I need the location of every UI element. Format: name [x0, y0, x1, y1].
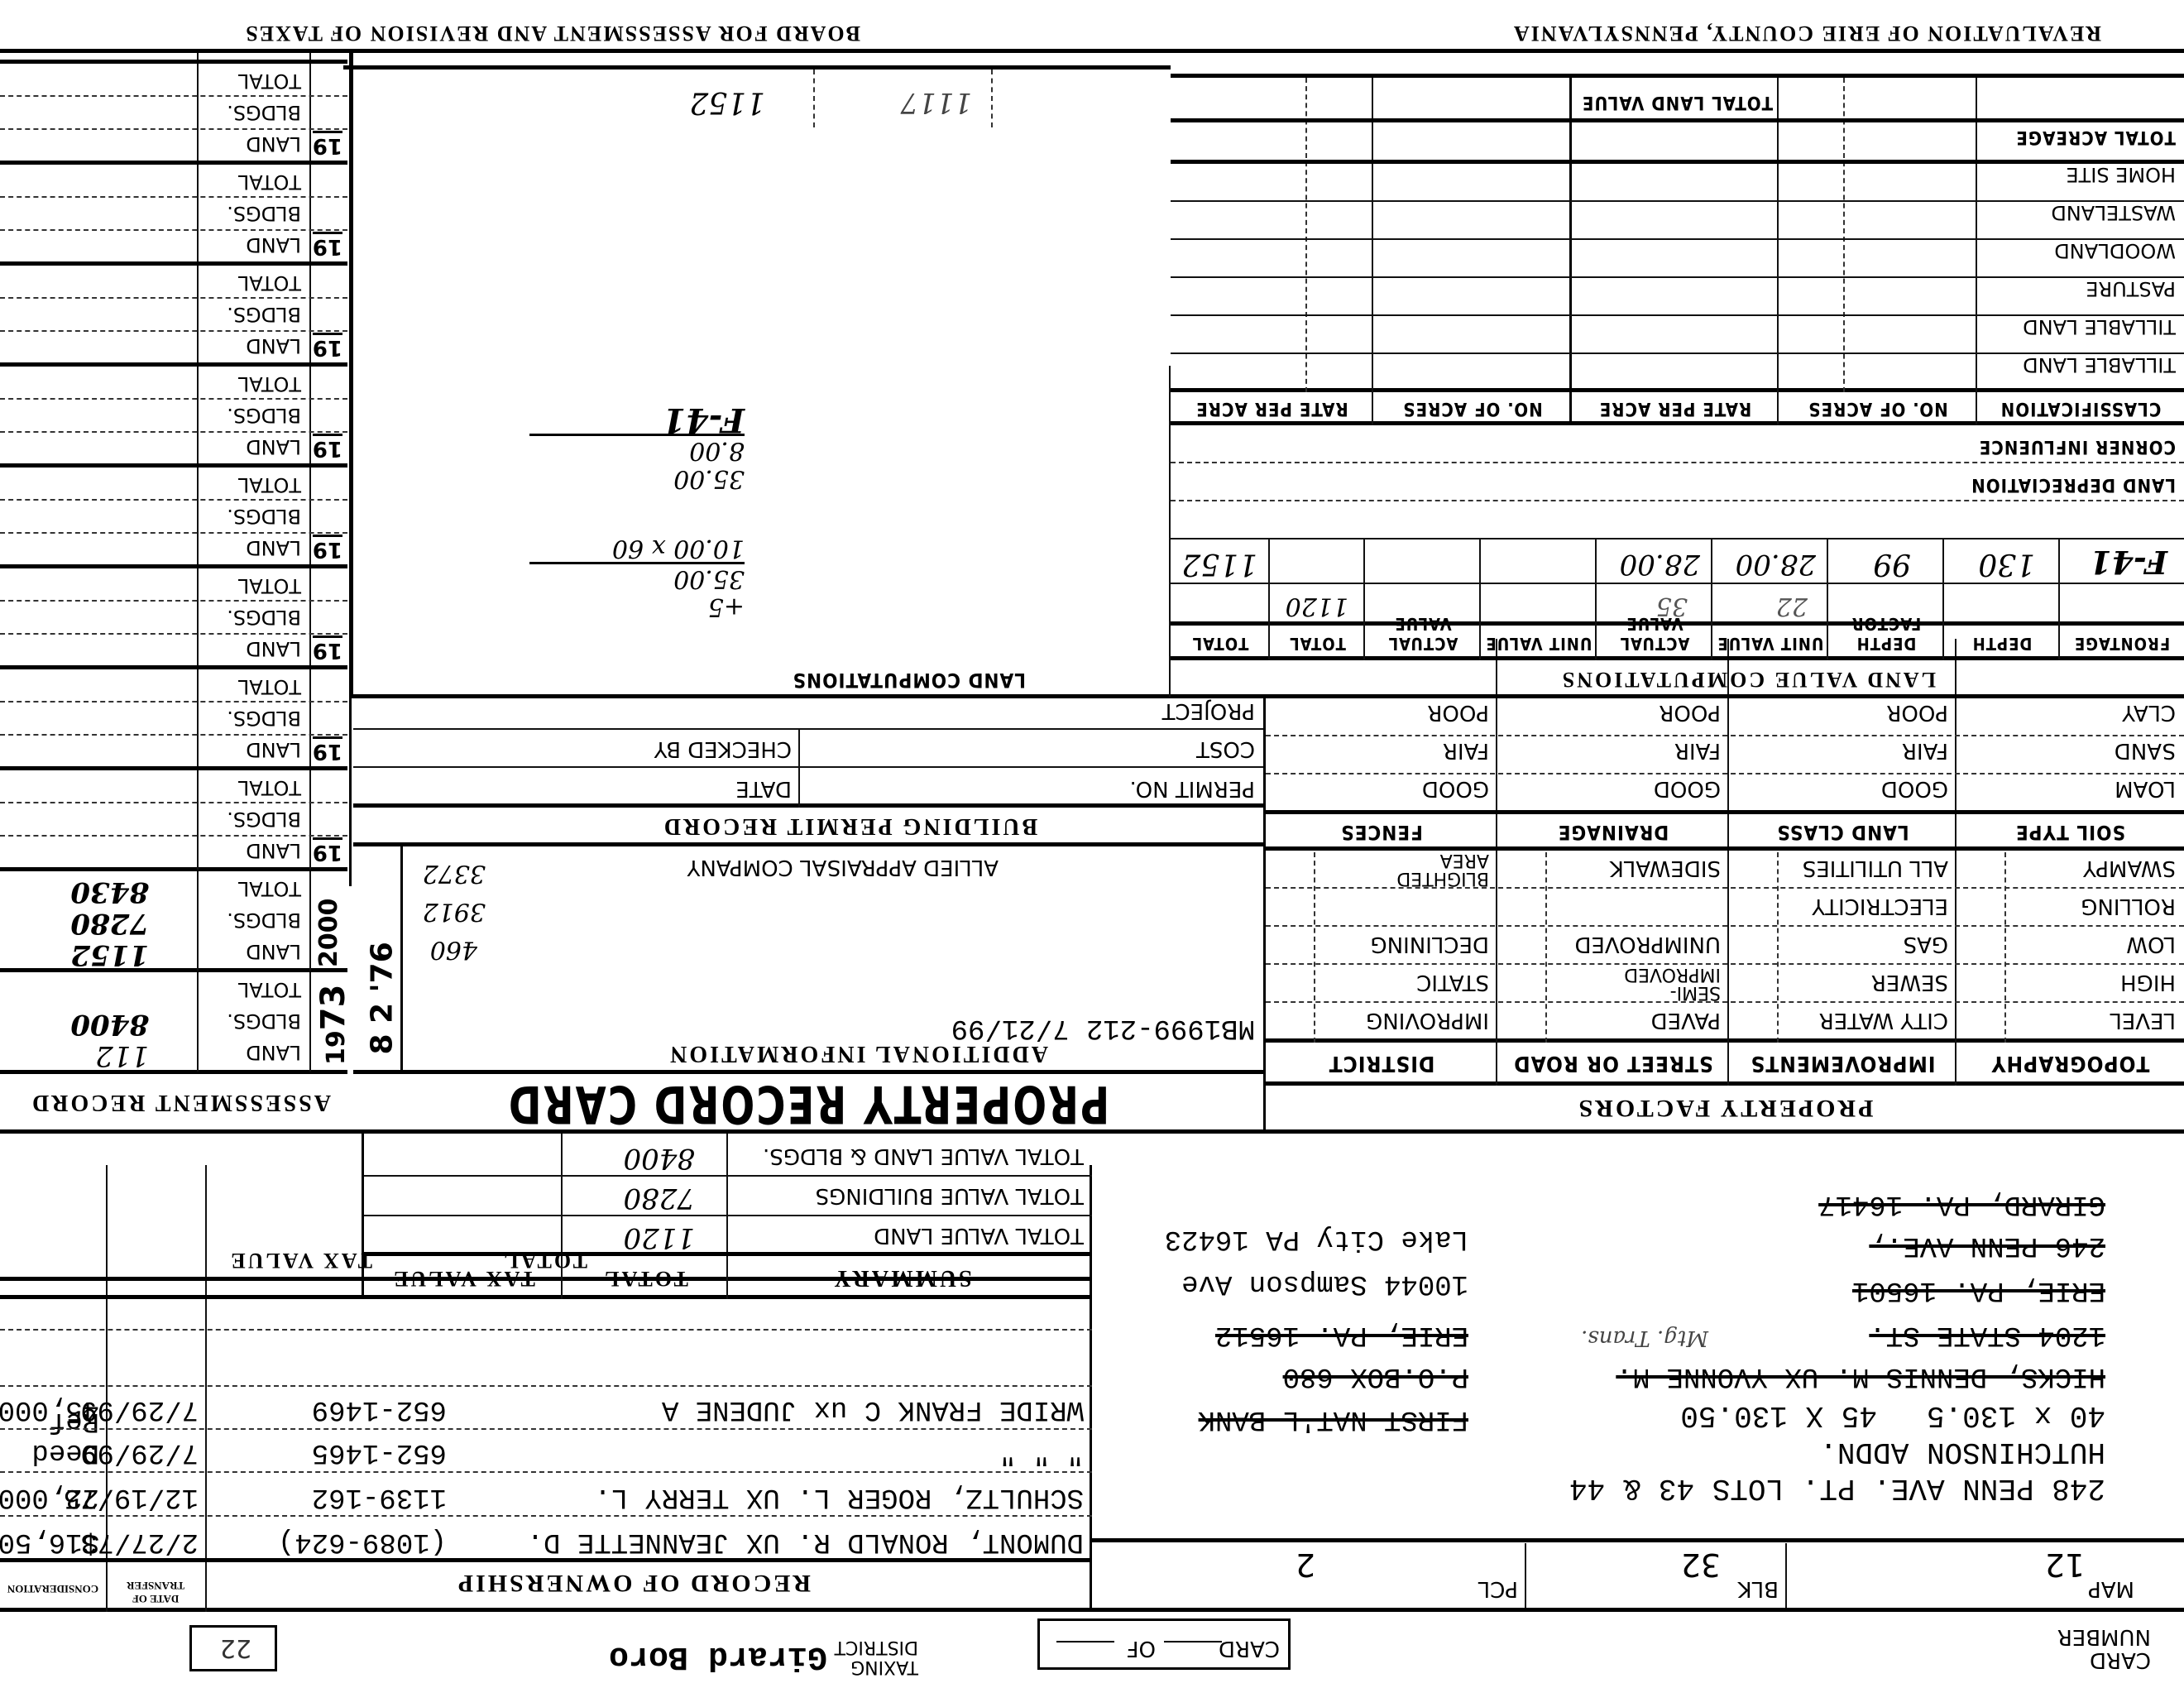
divider — [2058, 539, 2060, 660]
drainage-fair[interactable]: FAIR — [1674, 731, 1721, 770]
assessment-labels: LANDBLDGS.TOTAL — [227, 974, 301, 1068]
taxing-label: TAXING — [835, 1657, 918, 1676]
divider — [1171, 74, 2184, 78]
land-label: LAND — [227, 1037, 301, 1068]
consideration: $16,500 — [0, 1526, 99, 1557]
divider — [1777, 78, 1779, 425]
divider — [362, 1134, 364, 1299]
topography-header: TOPOGRAPHY — [1956, 1051, 2184, 1076]
project-label: PROJECT — [1162, 698, 1255, 723]
land-computations: +5 35.00 10.00 x 60 35.00 8.00 F-41 — [529, 405, 745, 621]
factor-semi-improved[interactable]: SEMI-IMPROVED — [1597, 965, 1721, 1001]
divider — [1171, 276, 2184, 278]
divider — [0, 1428, 1092, 1430]
fences-fair[interactable]: FAIR — [1443, 731, 1489, 770]
divider — [1525, 1543, 1526, 1608]
bldgs-label: BLDGS. — [227, 299, 301, 330]
permit-no-label: PERMIT NO. — [1129, 776, 1255, 801]
divider — [197, 972, 199, 1072]
assessment-labels: LANDBLDGS.TOTAL — [227, 873, 301, 967]
divider — [1976, 78, 1977, 425]
district-label: DISTRICT — [835, 1637, 918, 1657]
ownership-row[interactable]: DUMONT, RONALD R. UX JEANNETTE D. (1089-… — [0, 1519, 1084, 1557]
divider — [1363, 539, 1365, 660]
row-tillable-land-2: TILLABLE LAND — [2015, 308, 2176, 346]
land-value: 112 — [70, 1040, 149, 1072]
total-land-value-1[interactable]: 1152 — [689, 85, 765, 119]
assessment-labels: LANDBLDGS.TOTAL — [227, 772, 301, 866]
total-label: TOTAL — [227, 772, 301, 803]
factor-improving[interactable]: IMPROVING — [1366, 1001, 1489, 1039]
year-value: 73 — [314, 985, 352, 1031]
checkbox-column — [2004, 852, 2006, 1043]
factor-electricity[interactable]: ELECTRICITY — [1812, 887, 1948, 925]
land-label: LAND — [227, 835, 301, 866]
total-label: TOTAL — [227, 65, 301, 97]
land-class-poor[interactable]: POOR — [1886, 693, 1948, 731]
bldgs-value: 7280 — [70, 908, 149, 939]
stamp-box: 22 — [189, 1625, 277, 1671]
year-prefix-text: 19 — [322, 1030, 351, 1065]
land-value-title: LAND VALUE COMPUTATIONS — [1560, 667, 1936, 692]
factor-swampy[interactable]: SWAMPY — [2083, 849, 2176, 887]
card-title: PROPERTY RECORD CARD — [353, 1074, 1263, 1134]
divider — [1496, 639, 1497, 1086]
factor-unimproved[interactable]: UNIMPROVED — [1574, 925, 1721, 963]
checkbox-column — [1545, 852, 1547, 1043]
unit-value-cell[interactable]: 28.00 — [1736, 548, 1816, 581]
struck-address-city: GIRARD, PA. 16417 — [1818, 1183, 2105, 1225]
handwritten-note: Mtg. Trans. — [1581, 1317, 1708, 1359]
total-label: TOTAL — [227, 974, 301, 1005]
divider — [1171, 583, 2184, 584]
card-label: CARD — [1219, 1636, 1280, 1661]
factor-rolling[interactable]: ROLLING — [2081, 887, 2176, 925]
drainage-good[interactable]: GOOD — [1654, 770, 1721, 808]
soil-loam[interactable]: LOAM — [2115, 770, 2176, 808]
margin-note: 8 2 '76 — [361, 848, 399, 1072]
taxing-district-value: Girard Boro — [609, 1638, 827, 1675]
appraisal-company: ALLIED APPRAISAL COMPANY — [687, 855, 999, 880]
margin-date: 8 2 '76 — [366, 890, 400, 1055]
divider — [0, 49, 2184, 53]
divider — [364, 1252, 1092, 1256]
divider — [1171, 500, 2184, 501]
total-label: TOTAL — [227, 368, 301, 400]
divider — [0, 1558, 1092, 1562]
unit-value-header: UNIT VALUE — [1712, 634, 1828, 654]
divider — [1266, 1001, 2184, 1003]
row-wasteland: WASTELAND — [2015, 194, 2176, 232]
factor-high[interactable]: HIGH — [2120, 963, 2176, 1001]
struck-bank: FIRST NAT'L BANK — [1199, 1398, 1468, 1440]
divider — [0, 835, 347, 837]
land-label: LAND — [227, 431, 301, 463]
land-class-header: LAND CLASS — [1729, 821, 1956, 844]
struck-city: ERIE, PA. 16512 — [1215, 1314, 1468, 1355]
fences-poor[interactable]: POOR — [1427, 693, 1489, 731]
divider — [1711, 539, 1712, 660]
factor-all-utilities[interactable]: ALL UTILITIES — [1803, 849, 1948, 887]
assessment-block[interactable]: 19LANDBLDGS.TOTAL — [0, 367, 347, 466]
year-prefix: 19 — [313, 434, 342, 461]
computation-line: +5 — [529, 592, 745, 621]
factor-blighted-area[interactable]: BLIGHTED AREA — [1365, 851, 1489, 887]
divider — [0, 600, 347, 602]
divider — [1171, 352, 2184, 354]
land-label: LAND — [227, 229, 301, 261]
divider — [0, 297, 347, 299]
property-factors-title: PROPERTY FACTORS — [1266, 1094, 2184, 1122]
summary-label-buildings: TOTAL VALUE BUILDINGS — [816, 1183, 1084, 1208]
deed-ref: (1089-624) — [278, 1526, 447, 1557]
total-cell[interactable]: 1120 — [1286, 592, 1348, 621]
factor-static[interactable]: STATIC — [1416, 963, 1489, 1001]
depth-header: DEPTH — [1944, 634, 2060, 654]
assessment-empty-blocks: 19LANDBLDGS.TOTAL19LANDBLDGS.TOTAL19LAND… — [0, 42, 347, 870]
summary-total-land: 1120 — [623, 1221, 695, 1254]
factor-low[interactable]: LOW — [2126, 925, 2176, 963]
total-label: TOTAL — [227, 570, 301, 602]
computation-line: 35.00 — [529, 464, 745, 492]
divider — [561, 1134, 563, 1299]
divider — [343, 65, 1171, 70]
total-label: TOTAL — [227, 671, 301, 703]
summary-tax-header: TAX VALUE — [364, 1266, 563, 1291]
divider — [0, 1515, 1092, 1517]
soil-type-header: SOIL TYPE — [1956, 821, 2184, 844]
land-depreciation-label: LAND DEPRECIATION — [1971, 474, 2176, 495]
assessment-values: 115272808430 — [70, 876, 149, 971]
assessment-block[interactable]: 19LANDBLDGS.TOTAL — [0, 669, 347, 769]
bldgs-label: BLDGS. — [227, 602, 301, 633]
divider — [0, 1471, 1092, 1473]
divider — [0, 128, 347, 130]
additional-info-title: ADDITIONAL INFORMATION — [668, 1040, 1048, 1067]
divider — [1266, 1081, 2184, 1086]
total-land-value-label: TOTAL LAND VALUE — [1171, 92, 2184, 113]
district-header: DISTRICT — [1266, 1051, 1497, 1076]
assessment-block[interactable]: 19LANDBLDGS.TOTAL — [0, 64, 347, 163]
land-label: LAND — [227, 734, 301, 765]
street-or-road-header: STREET OR ROAD — [1497, 1051, 1729, 1076]
divider — [1171, 388, 2184, 392]
checkbox-column — [1777, 852, 1779, 1043]
depth-cell[interactable]: 130 — [1978, 547, 2035, 581]
divider — [0, 229, 347, 231]
pcl-value: 2 — [1296, 1547, 1315, 1583]
owner-name: " " " — [999, 1436, 1084, 1468]
divider — [1569, 78, 1572, 425]
fences-header: FENCES — [1266, 821, 1497, 844]
soil-sand[interactable]: SAND — [2115, 731, 2176, 770]
divider — [364, 1215, 1092, 1216]
bldgs-label: BLDGS. — [227, 703, 301, 734]
unit-value-header-2: UNIT VALUE — [1481, 634, 1597, 654]
ownership-row[interactable]: " " " 652-1465 7/29/99 Deed Ref — [0, 1430, 1084, 1468]
bldgs-label: BLDGS. — [227, 904, 301, 936]
assessment-block[interactable]: 19LANDBLDGS.TOTAL — [0, 165, 347, 264]
struck-po-box: P.O.BOX 680 — [1283, 1355, 1468, 1397]
assessment-block[interactable]: 19LANDBLDGS.TOTAL — [0, 468, 347, 567]
divider — [349, 50, 352, 886]
total-label: TOTAL — [227, 267, 301, 299]
land-label: LAND — [227, 128, 301, 160]
assessment-block[interactable]: 19LANDBLDGS.TOTAL — [0, 266, 347, 365]
corner-influence-label: CORNER INFLUENCE — [1979, 436, 2176, 457]
additional-info[interactable]: ADDITIONAL INFORMATION MB1999-212 7/21/9… — [403, 848, 1263, 1072]
ownership-row[interactable]: SCHULTZ, ROGER L. UX TERRY L. 1139-162 1… — [0, 1475, 1084, 1513]
blk-label: BLK — [1738, 1576, 1779, 1601]
legal-line: 248 PENN AVE. PT. LOTS 43 & 44 — [1096, 1470, 2105, 1506]
factor-gas[interactable]: GAS — [1904, 925, 1948, 963]
board-title: BOARD FOR ASSESSMENT AND REVISION OF TAX… — [244, 21, 860, 46]
assessment-labels: LANDBLDGS.TOTAL — [227, 65, 301, 160]
total-label: TOTAL — [227, 469, 301, 501]
assessment-labels: LANDBLDGS.TOTAL — [227, 368, 301, 463]
divider — [353, 766, 1263, 768]
divider — [353, 728, 1263, 730]
parcel-row: MAP 12 BLK 32 PCL 2 — [1092, 1543, 2184, 1608]
divider — [1266, 925, 2184, 927]
divider — [1727, 639, 1729, 1086]
additional-info-entry: MB1999-212 7/21/99 — [951, 1012, 1255, 1043]
summary-label-land: TOTAL VALUE LAND — [874, 1223, 1084, 1248]
assessment-block[interactable]: 19LANDBLDGS.TOTAL — [0, 568, 347, 668]
factor-sewer[interactable]: SEWER — [1871, 963, 1948, 1001]
bldgs-label: BLDGS. — [227, 400, 301, 431]
current-address-street: 10044 Sampson Ave — [1181, 1263, 1468, 1304]
assessment-block[interactable]: 19LANDBLDGS.TOTAL — [0, 770, 347, 870]
land-class-fair[interactable]: FAIR — [1902, 731, 1948, 770]
unit-value-cell[interactable]: 22 — [1776, 592, 1808, 621]
year-prefix: 19 — [313, 131, 342, 158]
card-total-blank[interactable] — [1056, 1641, 1114, 1642]
divider — [1843, 78, 1845, 392]
summary-total-land-bldgs: 8400 — [623, 1142, 695, 1175]
divider — [1266, 846, 2184, 851]
total-value: 8400 — [70, 1009, 149, 1040]
divider — [1092, 1538, 2184, 1542]
divider — [991, 70, 993, 127]
divider — [1171, 621, 2184, 626]
deed-ref: 652-1469 — [312, 1393, 447, 1425]
divider — [309, 871, 311, 971]
divider — [1785, 1543, 1787, 1608]
row-total-acreage: TOTAL ACREAGE — [2015, 117, 2176, 156]
struck-address-street: 1204 STATE ST. — [1869, 1314, 2105, 1355]
card-number-text: CARD NUMBER — [2060, 1625, 2151, 1671]
owner-name: SCHULTZ, ROGER L. UX TERRY L. — [594, 1481, 1084, 1513]
divider — [0, 499, 347, 501]
divider — [0, 398, 347, 400]
summary-total-header: TOTAL — [563, 1266, 728, 1291]
actual-value-header-2: ACTUAL VALUE — [1365, 614, 1481, 654]
divider — [1266, 887, 2184, 889]
total-land-value-cells: 1117 1152 — [343, 70, 1171, 127]
summary-table: SUMMARY TOTAL TAX VALUE TOTAL VALUE LAND… — [0, 1134, 1092, 1299]
land-value-table: FRONTAGE DEPTH DEPTH FACTOR UNIT VALUE A… — [1171, 544, 2184, 660]
divider — [1942, 539, 1944, 660]
deed-ref: 1139-162 — [312, 1481, 447, 1513]
divider — [1266, 963, 2184, 965]
bldgs-label: BLDGS. — [227, 198, 301, 229]
divider — [0, 1329, 1092, 1331]
card-title-area: PROPERTY RECORD CARD — [353, 1074, 1263, 1132]
owner-name: DUMONT, RONALD R. UX JEANNETTE D. — [527, 1526, 1084, 1557]
hand-value: 3912 — [423, 897, 486, 926]
hand-value: 460 — [430, 935, 477, 964]
factor-paved[interactable]: PAVED — [1651, 1001, 1721, 1039]
computation-line: 10.00 x 60 — [529, 534, 745, 562]
divider — [0, 196, 347, 198]
row-woodland: WOODLAND — [2015, 232, 2176, 270]
frontage-cell[interactable]: F-41 — [2090, 544, 2167, 581]
land-value: 1152 — [70, 939, 149, 971]
hand-value: 3372 — [423, 859, 486, 888]
revaluation-title: REVALUATION OF ERIE COUNTY, PENNSYLVANIA — [1512, 21, 2101, 46]
consideration: 22,000 — [0, 1481, 99, 1513]
total-header-2: TOTAL — [1171, 634, 1270, 654]
divider — [0, 802, 347, 803]
owner-name: WRIDE FRANK C ux JUDENE A — [662, 1393, 1084, 1425]
struck-address-street: 246 PENN AVE., — [1869, 1225, 2105, 1266]
divider — [0, 60, 347, 64]
year-prefix: 19 — [313, 736, 342, 764]
divider — [1171, 238, 2184, 240]
assessment-title: ASSESSMENT RECORD — [30, 1089, 331, 1115]
no-of-acres-header-2: NO. OF ACRES — [1373, 398, 1572, 419]
bldgs-label: BLDGS. — [227, 1005, 301, 1037]
total-label: TOTAL — [227, 166, 301, 198]
divider — [364, 1175, 1092, 1177]
total-value: 8430 — [70, 876, 149, 908]
pcl-label: PCL — [1478, 1576, 1518, 1601]
drainage-poor[interactable]: POOR — [1659, 693, 1721, 731]
factor-sidewalk[interactable]: SIDEWALK — [1610, 849, 1721, 887]
checkbox-column — [1314, 852, 1315, 1043]
row-tillable-land: TILLABLE LAND — [2015, 346, 2176, 384]
divider — [0, 701, 347, 703]
dimension-1: 40 x 130.5 — [1927, 1398, 2105, 1432]
date-of-transfer-header: DATE OF TRANSFER — [111, 1579, 200, 1605]
building-permit-record: BUILDING PERMIT RECORD PERMIT NO. DATE C… — [353, 695, 1263, 844]
actual-value-cell[interactable]: 28.00 — [1620, 548, 1700, 581]
date-label: DATE — [735, 776, 792, 801]
divider — [1479, 539, 1481, 660]
year-prefix: 19 — [313, 333, 342, 360]
factor-level[interactable]: LEVEL — [2110, 1001, 2176, 1039]
frontage-header: FRONTAGE — [2060, 634, 2184, 654]
land-label: LAND — [227, 936, 301, 967]
computation-line: 35.00 — [529, 562, 745, 592]
year-value: 2000 — [314, 899, 343, 968]
divider — [0, 330, 347, 332]
total-cell[interactable]: 1152 — [1181, 547, 1257, 581]
bldgs-label: BLDGS. — [227, 97, 301, 128]
divider — [1372, 78, 1373, 425]
assessment-block[interactable]: 2000 LANDBLDGS.TOTAL 115272808430 — [0, 871, 347, 971]
assessment-labels: LANDBLDGS.TOTAL — [227, 267, 301, 362]
deed-ref: 652-1465 — [312, 1436, 447, 1468]
year-prefix: 19 — [313, 535, 342, 562]
year-prefix: 19 — [313, 837, 342, 865]
acreage-table: CLASSIFICATION NO. OF ACRES RATE PER ACR… — [1171, 45, 2184, 425]
map-label: MAP — [2088, 1576, 2134, 1601]
land-class-good[interactable]: GOOD — [1881, 770, 1948, 808]
assessment-labels: LANDBLDGS.TOTAL — [227, 671, 301, 765]
actual-value-cell[interactable]: 35 — [1656, 592, 1688, 621]
building-permit-title: BUILDING PERMIT RECORD — [560, 813, 1139, 839]
divider — [0, 431, 347, 433]
actual-value-header: ACTUAL VALUE — [1597, 614, 1712, 654]
divider — [798, 730, 800, 808]
computation-line: F-41 — [529, 405, 745, 434]
summary-total-buildings: 7280 — [623, 1182, 695, 1215]
divider — [0, 1295, 1092, 1299]
divider — [1268, 539, 1270, 660]
year-prefix: 19 — [313, 635, 342, 663]
dimension-2: 45 X 130.50 — [1680, 1398, 1877, 1432]
row-pasture: PASTURE — [2015, 270, 2176, 308]
blk-value: 32 — [1681, 1547, 1721, 1583]
no-of-acres-header: NO. OF ACRES — [1779, 398, 1977, 419]
stamp-number: 22 — [220, 1633, 251, 1662]
fences-good[interactable]: GOOD — [1422, 770, 1489, 808]
divider — [0, 532, 347, 534]
factor-city-water[interactable]: CITY WATER — [1819, 1001, 1948, 1039]
divider — [1266, 773, 2184, 774]
assessment-block[interactable]: 1973 LANDBLDGS.TOTAL 1128400 — [0, 972, 347, 1072]
bldgs-label: BLDGS. — [227, 803, 301, 835]
depth-factor-cell[interactable]: 99 — [1873, 547, 1911, 581]
divider — [1171, 462, 2184, 463]
struck-address-city: ERIE, PA. 16501 — [1852, 1269, 2105, 1311]
divider — [1827, 539, 1828, 660]
rate-per-acre-header-2: RATE PER ACRE — [1171, 398, 1373, 419]
of-label: OF — [1127, 1636, 1156, 1661]
land-computations-title: LAND COMPUTATIONS — [793, 669, 1026, 692]
divider — [1266, 810, 2184, 814]
struck-owner-name: HICKS, DENNIS M. UX YVONNE M. — [1616, 1355, 2105, 1397]
factor-declining[interactable]: DECLINING — [1371, 925, 1489, 963]
divider — [353, 803, 1263, 808]
total-land-value-2[interactable]: 1117 — [900, 86, 972, 119]
year-prefix: 1973 — [314, 985, 352, 1065]
divider — [0, 1385, 1092, 1387]
acreage-rows: TILLABLE LAND TILLABLE LAND PASTURE WOOD… — [2015, 117, 2176, 384]
soil-clay[interactable]: CLAY — [2122, 693, 2176, 731]
depth-factor-header: DEPTH FACTOR — [1828, 614, 1944, 654]
total-label: TOTAL — [227, 873, 301, 904]
spacer — [529, 492, 745, 534]
divider — [400, 846, 403, 1074]
card-number-blank[interactable] — [1164, 1641, 1222, 1642]
divider — [309, 972, 311, 1072]
bldgs-label: BLDGS. — [227, 501, 301, 532]
improvements-header: IMPROVEMENTS — [1729, 1051, 1956, 1076]
summary-title: SUMMARY — [728, 1264, 1075, 1291]
map-value: 12 — [2045, 1547, 2085, 1583]
drainage-header: DRAINAGE — [1497, 821, 1729, 844]
assessment-labels: LANDBLDGS.TOTAL — [227, 469, 301, 563]
classification-header: CLASSIFICATION — [1977, 398, 2184, 419]
total-header: TOTAL — [1270, 634, 1365, 654]
card-of-box: CARD OF — [1037, 1618, 1291, 1670]
land-label: LAND — [227, 330, 301, 362]
assessment-labels: LANDBLDGS.TOTAL — [227, 166, 301, 261]
ownership-row[interactable]: WRIDE FRANK C ux JUDENE A 652-1469 7/29/… — [0, 1387, 1084, 1425]
